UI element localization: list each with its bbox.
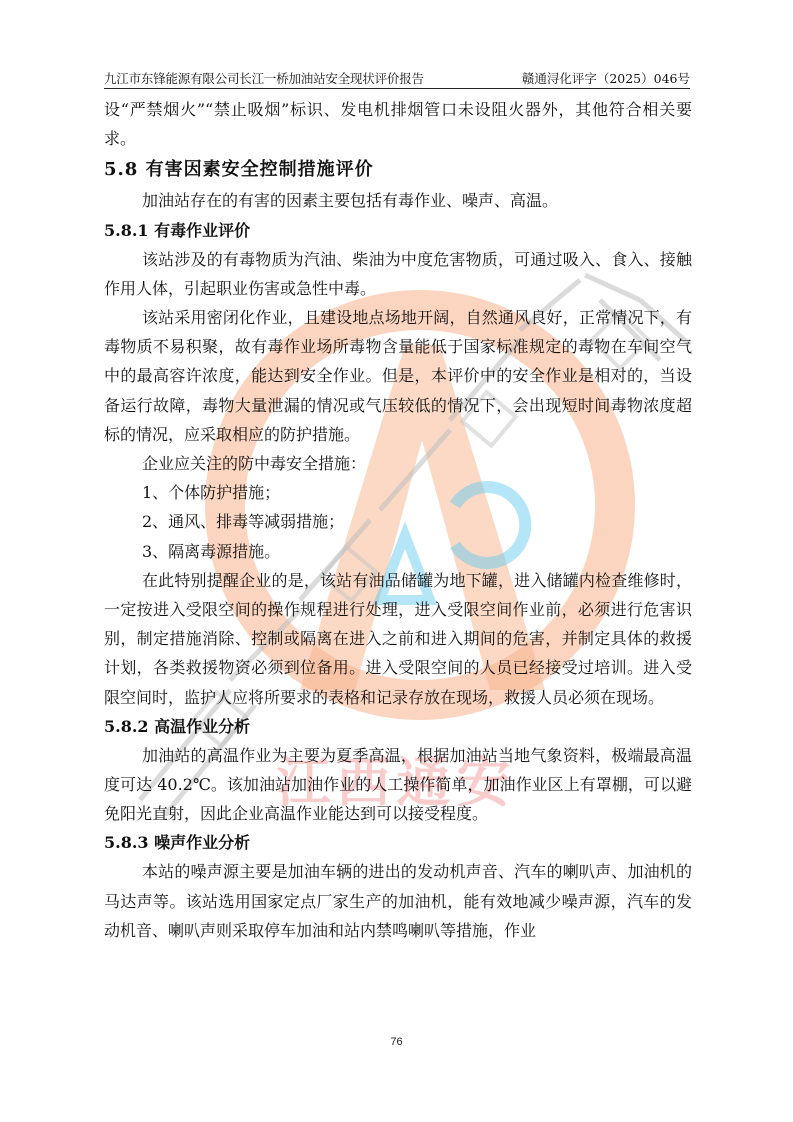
list-item: 3、隔离毒源措施。 (104, 537, 692, 566)
section-heading-5-8-3: 5.8.3 噪声作业分析 (104, 828, 692, 857)
paragraph: 加油站的高温作业为主要为夏季高温，根据加油站当地气象资料，极端最高温度可达 40… (104, 741, 692, 829)
section-heading-5-8: 5.8 有害因素安全控制措施评价 (104, 154, 692, 186)
report-number: 赣通浔化评字（2025）046号 (522, 70, 690, 88)
list-item: 1、个体防护措施； (104, 478, 692, 507)
paragraph: 该站采用密闭化作业，且建设地点场地开阔，自然通风良好，正常情况下，有毒物质不易积… (104, 303, 692, 449)
document-page: 江西通安 九江市东锋能源有限公司长江一桥加油站安全现状评价报告 赣通浔化评字（2… (0, 0, 793, 1122)
page-number: 76 (0, 1036, 793, 1048)
continuation-paragraph: 设“严禁烟火”“禁止吸烟”标识、发电机排烟管口未设阻火器外，其他符合相关要求。 (104, 95, 692, 153)
paragraph: 本站的噪声源主要是加油车辆的进出的发动机声音、汽车的喇叭声、加油机的马达声等。该… (104, 857, 692, 945)
section-heading-5-8-1: 5.8.1 有毒作业评价 (104, 216, 692, 245)
paragraph: 企业应关注的防中毒安全措施： (104, 449, 692, 478)
section-5-8-intro: 加油站存在的有害的因素主要包括有毒作业、噪声、高温。 (104, 186, 692, 215)
page-header: 九江市东锋能源有限公司长江一桥加油站安全现状评价报告 赣通浔化评字（2025）0… (104, 68, 690, 89)
list-item: 2、通风、排毒等减弱措施； (104, 507, 692, 536)
paragraph: 在此特别提醒企业的是，该站有油品储罐为地下罐，进入储罐内检查维修时，一定按进入受… (104, 566, 692, 712)
report-title: 九江市东锋能源有限公司长江一桥加油站安全现状评价报告 (104, 70, 424, 88)
paragraph: 该站涉及的有毒物质为汽油、柴油为中度危害物质，可通过吸入、食入、接触作用人体，引… (104, 245, 692, 303)
document-body: 设“严禁烟火”“禁止吸烟”标识、发电机排烟管口未设阻火器外，其他符合相关要求。 … (104, 95, 692, 945)
section-heading-5-8-2: 5.8.2 高温作业分析 (104, 712, 692, 741)
